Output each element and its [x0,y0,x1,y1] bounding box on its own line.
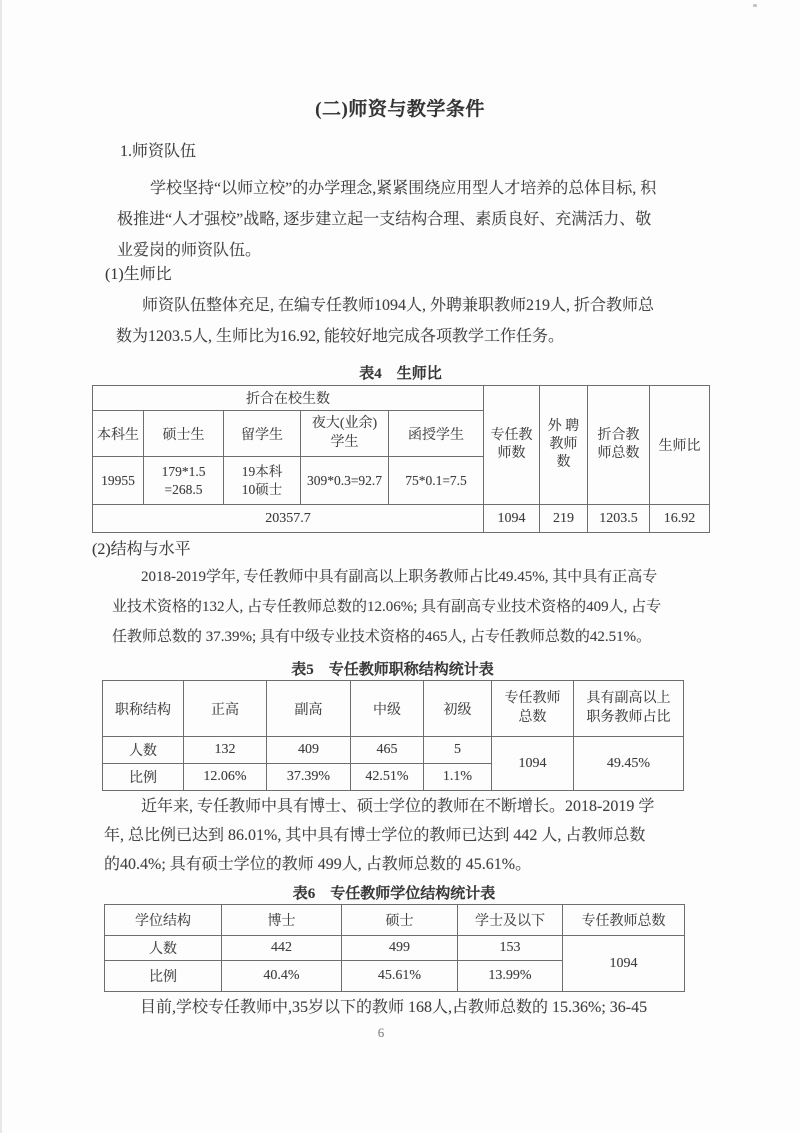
t4-col-header-cell: 函授学生 [389,411,484,457]
t4-col-header-cell: 留学生 [224,411,301,457]
t5-value-cell: 132 [184,737,267,764]
t4-col-header-cell: 夜大(业余) 学生 [301,411,389,457]
table-4-caption: 表4 生师比 [92,362,709,383]
t5-row-label-cell: 比例 [103,764,184,791]
scanned-document-page: (二)师资与教学条件 1.师资队伍 学校坚持“以师立校”的办学理念,紧紧围绕应用… [0,0,800,1133]
t6-value-cell: 442 [222,936,342,961]
t5-ratio-cell: 49.45% [574,737,684,791]
t4-value-cell: 309*0.3=92.7 [301,457,389,505]
scan-edge-artifact [0,0,2,1133]
t4-right-header-cell: 外 聘 教师 数 [540,386,588,505]
paragraph-line: 数为1203.5人, 生师比为16.92, 能较好地完成各项教学工作任务。 [116,321,654,352]
t5-value-cell: 12.06% [184,764,267,791]
t5-col-header-cell: 专任教师 总数 [492,681,574,737]
t4-right-header-cell: 生师比 [650,386,710,505]
t5-row-label-cell: 人数 [103,737,184,764]
t6-row-label-cell: 比例 [105,961,222,992]
t4-value-cell: 19本科 10硕士 [224,457,301,505]
t5-row-header-cell: 职称结构 [103,681,184,737]
paragraph-5: 目前,学校专任教师中,35岁以下的教师 168人,占教师总数的 15.36%; … [140,993,647,1022]
t4-right-header-cell: 折合教 师总数 [588,386,650,505]
paragraph-line: 目前,学校专任教师中,35岁以下的教师 168人,占教师总数的 15.36%; … [140,993,647,1022]
t6-value-cell: 153 [458,936,563,961]
t4-right-value-cell: 1203.5 [588,505,650,533]
paragraph-line: 年, 总比例已达到 86.01%, 其中具有博士学位的教师已达到 442 人, … [104,821,654,850]
t6-col-header-cell: 博士 [222,905,342,936]
t4-group-header-cell: 折合在校生数 [93,386,484,411]
paragraph-line: 2018-2019学年, 专任教师中具有副高以上职务教师占比49.45%, 其中… [112,562,661,592]
subsection-heading-jiegou-shuiping: (2)结构与水平 [92,536,191,559]
t6-total-cell: 1094 [563,936,685,992]
paragraph-line: 学校坚持“以师立校”的办学理念,紧紧围绕应用型人才培养的总体目标, 积 [117,173,656,204]
t4-value-cell: 75*0.1=7.5 [389,457,484,505]
t4-right-value-cell: 1094 [484,505,540,533]
t6-value-cell: 13.99% [458,961,563,992]
t4-col-header-cell: 硕士生 [144,411,224,457]
paragraph-line: 师资队伍整体充足, 在编专任教师1094人, 外聘兼职教师219人, 折合教师总 [116,290,654,321]
page-title: (二)师资与教学条件 [0,94,800,121]
t6-value-cell: 499 [342,936,458,961]
section-heading-shizi-duiwu: 1.师资队伍 [120,138,196,161]
subsection-heading-shengshibi: (1)生师比 [105,261,172,284]
paragraph-line: 业技术资格的132人, 占专任教师总数的12.06%; 具有副高专业技术资格的4… [112,592,661,622]
t4-right-value-cell: 219 [540,505,588,533]
table-5-zhicheng-jiegou: 职称结构 正高 副高 中级 初级 专任教师 总数 具有副高以上 职务教师占比 人… [102,680,684,791]
t5-col-header-cell: 初级 [424,681,492,737]
t6-col-header-cell: 专任教师总数 [563,905,685,936]
t6-row-header-cell: 学位结构 [105,905,222,936]
paragraph-2: 师资队伍整体充足, 在编专任教师1094人, 外聘兼职教师219人, 折合教师总… [116,290,654,352]
paragraph-line: 的40.4%; 具有硕士学位的教师 499人, 占教师总数的 45.61%。 [104,850,654,879]
page-number: 6 [371,1025,391,1041]
table-6-caption: 表6 专任教师学位结构统计表 [104,882,684,903]
t5-value-cell: 42.51% [351,764,424,791]
t5-col-header-cell: 中级 [351,681,424,737]
paragraph-line: 任教师总数的 37.39%; 具有中级专业技术资格的465人, 占专任教师总数的… [112,622,661,652]
t4-value-cell: 19955 [93,457,144,505]
t4-right-header-cell: 专任教 师数 [484,386,540,505]
t6-value-cell: 40.4% [222,961,342,992]
paragraph-3: 2018-2019学年, 专任教师中具有副高以上职务教师占比49.45%, 其中… [112,562,661,652]
paragraph-1: 学校坚持“以师立校”的办学理念,紧紧围绕应用型人才培养的总体目标, 积 极推进“… [117,173,656,266]
t6-col-header-cell: 硕士 [342,905,458,936]
t5-value-cell: 1.1% [424,764,492,791]
table-5-caption: 表5 专任教师职称结构统计表 [102,658,683,679]
paragraph-line: 极推进“人才强校”战略, 逐步建立起一支结构合理、素质良好、充满活力、敬 [117,204,656,235]
t5-value-cell: 465 [351,737,424,764]
paragraph-line: 业爱岗的师资队伍。 [117,235,656,266]
t5-value-cell: 409 [267,737,351,764]
scan-speck [753,4,757,7]
paragraph-4: 近年来, 专任教师中具有博士、硕士学位的教师在不断增长。2018-2019 学 … [104,792,654,879]
t5-value-cell: 37.39% [267,764,351,791]
t6-row-label-cell: 人数 [105,936,222,961]
t4-right-value-cell: 16.92 [650,505,710,533]
t4-value-cell: 179*1.5 =268.5 [144,457,224,505]
t4-col-header-cell: 本科生 [93,411,144,457]
t6-value-cell: 45.61% [342,961,458,992]
t5-col-header-cell: 具有副高以上 职务教师占比 [574,681,684,737]
table-4-shengshibi: 折合在校生数 专任教 师数 外 聘 教师 数 折合教 师总数 生师比 本科生 硕… [92,385,710,533]
table-6-xuewei-jiegou: 学位结构 博士 硕士 学士及以下 专任教师总数 人数 442 499 153 1… [104,904,685,992]
t5-col-header-cell: 副高 [267,681,351,737]
t5-value-cell: 5 [424,737,492,764]
t5-total-cell: 1094 [492,737,574,791]
paragraph-line: 近年来, 专任教师中具有博士、硕士学位的教师在不断增长。2018-2019 学 [104,792,654,821]
t4-total-cell: 20357.7 [93,505,484,533]
t6-col-header-cell: 学士及以下 [458,905,563,936]
t5-col-header-cell: 正高 [184,681,267,737]
